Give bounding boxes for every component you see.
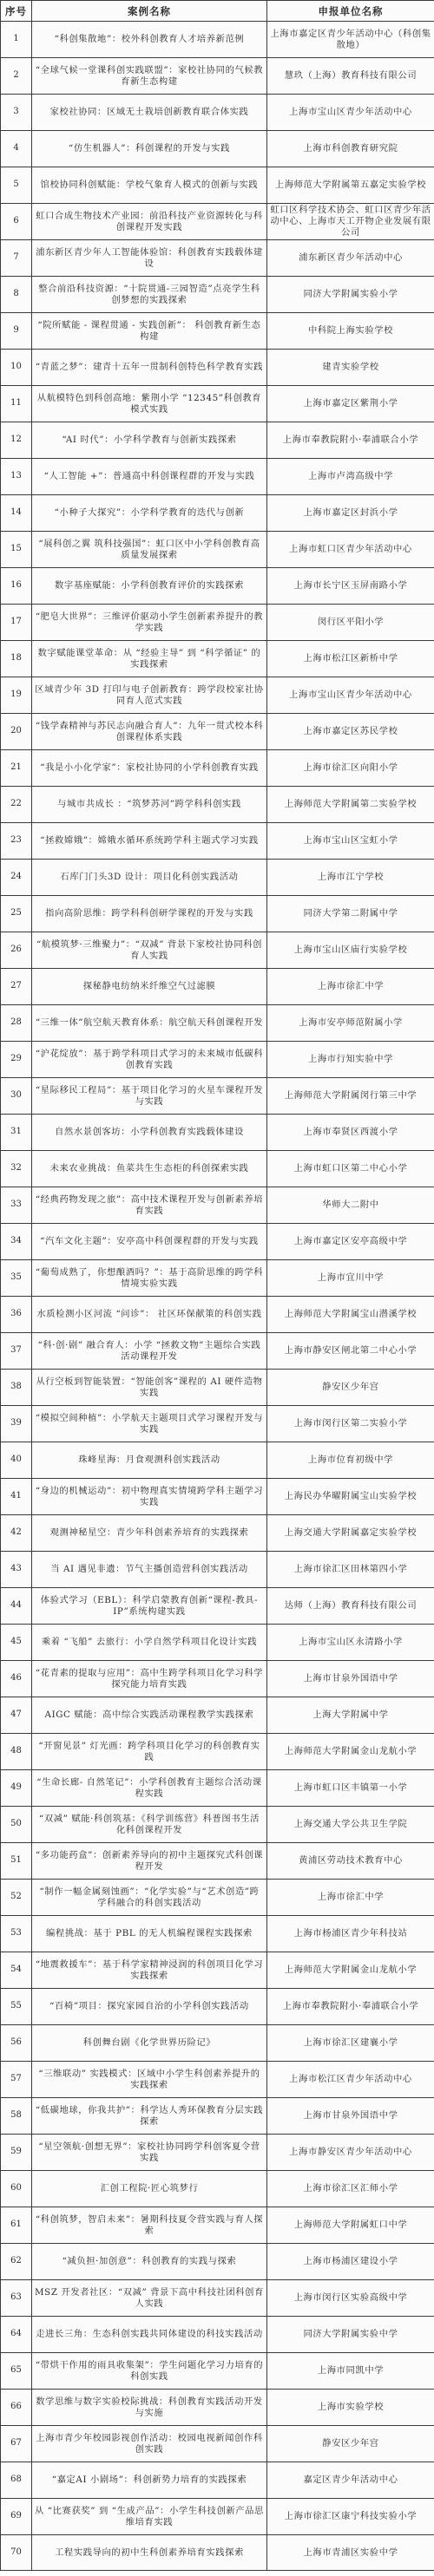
table-row: 27探秘静电纺纳米纤维空气过滤膜上海市徐汇中学	[1, 969, 434, 1005]
serial-number-cell: 54	[1, 1952, 32, 1989]
serial-number-cell: 33	[1, 1187, 32, 1224]
case-name-cell: “星际移民工程局”：基于项目化学习的火星车课程开发与实践	[32, 1078, 267, 1115]
table-row: 37“科·创·剧” 融合育人：小学 “拯救文物”主题综合实践活动课程开发上海市静…	[1, 1333, 434, 1370]
table-row: 26“航模筑梦·三维聚力”：“双减” 背景下家校社协同科创育人实践上海市宝山区庙…	[1, 932, 434, 969]
case-name-cell: “身边的机械运动”：初中物理真实情境跨学科主题学习实践	[32, 1479, 267, 1515]
applicant-unit-cell: 上海市闵行区第二实验小学	[267, 1406, 434, 1442]
serial-number-cell: 57	[1, 2062, 32, 2098]
serial-number-cell: 61	[1, 2207, 32, 2244]
serial-number-cell: 17	[1, 605, 32, 641]
case-name-cell: 数学思维与数字实验校际挑战：科创教育实践活动开发与实施	[32, 2390, 267, 2426]
applicant-unit-cell: 上海市宝山区青少年活动中心	[267, 95, 434, 131]
applicant-unit-cell: 上海师范大学附属第五嘉定实验学校	[267, 167, 434, 204]
case-name-cell: “我是小小化学家”：家校社协同的小学科创教育实践	[32, 750, 267, 787]
applicant-unit-cell: 虹口区科学技术协会、虹口区青少年活动中心、上海市天工开物企业发展有限公司	[267, 204, 434, 240]
serial-number-cell: 38	[1, 1370, 32, 1406]
case-name-cell: “生命长廊- 自然笔记”：小学科创教育主题综合活动课程实践	[32, 1770, 267, 1807]
serial-number-cell: 45	[1, 1625, 32, 1661]
applicant-unit-cell: 同济大学附属实验小学	[267, 277, 434, 313]
table-row: 48“开窗见景” 灯光画：跨学科项目化学习的科创教育实践上海师范大学附属金山龙航…	[1, 1734, 434, 1770]
table-row: 6虹口合成生物技术产业园：前沿科技产业资源转化与科创课程开发实践虹口区科学技术协…	[1, 204, 434, 240]
serial-number-cell: 35	[1, 1260, 32, 1297]
table-row: 51“多功能药盒”：创新素养导向的初中主题探究式科创课程开发黄浦区劳动技术教育中…	[1, 1843, 434, 1880]
table-row: 61“科创筑梦，智启未来”：暑期科技夏令营实践与育人探索上海师范大学附属虹口中学	[1, 2207, 434, 2244]
applicant-unit-cell: 上海市静安区闸北第二中心小学	[267, 1333, 434, 1370]
serial-number-cell: 40	[1, 1442, 32, 1479]
table-row: 55“百椅”项目：探究家园自治的小学科创实践活动上海市奉教院附小·奉浦联合小学	[1, 1989, 434, 2025]
table-row: 25指向高阶思维：跨学科科创研学课程的开发与实践同济大学第二附属中学	[1, 896, 434, 932]
table-row: 41“身边的机械运动”：初中物理真实情境跨学科主题学习实践上海民办华曜附属宝山实…	[1, 1479, 434, 1515]
applicant-unit-cell: 上海市徐汇区向阳小学	[267, 750, 434, 787]
applicant-unit-cell: 同济大学第二附属中学	[267, 896, 434, 932]
case-name-cell: “科创筑梦，智启未来”：暑期科技夏令营实践与育人探索	[32, 2207, 267, 2244]
table-row: 14“小种子大探究”：小学科学教育的迭代与创新上海市嘉定区封浜小学	[1, 495, 434, 532]
case-name-cell: 从行空板到智能装置：“智能创客”课程的 AI 硬件造物实践	[32, 1370, 267, 1406]
table-row: 12“AI 时代”：小学科学教育与创新实践探索上海市奉教院附小·奉浦联合小学	[1, 422, 434, 459]
applicant-unit-cell: 上海市松江区新桥中学	[267, 641, 434, 677]
serial-number-cell: 55	[1, 1989, 32, 2025]
table-row: 22与城市共成长 ：“筑梦苏河”跨学科科创实践上海师范大学附属第二实验学校	[1, 787, 434, 823]
serial-number-cell: 25	[1, 896, 32, 932]
case-name-cell: 上海市青少年校园影视创作活动：校园电视新闻创作科创实践	[32, 2426, 267, 2462]
case-name-cell: “带烘干作用的雨具收集架”：学生问题化学习力培育的科创实践	[32, 2353, 267, 2390]
applicant-unit-cell: 静安区少年宫	[267, 2426, 434, 2462]
applicant-unit-cell: 华师大二附中	[267, 1187, 434, 1224]
applicant-unit-cell: 上海市徐汇中学	[267, 1880, 434, 1916]
applicant-unit-cell: 同济大学附属实验中学	[267, 2317, 434, 2353]
applicant-unit-cell: 上海市徐汇区汇师小学	[267, 2171, 434, 2207]
table-row: 42观测神秘星空：青少年科创素养培育的实践探索上海交通大学附属嘉定实验学校	[1, 1515, 434, 1552]
serial-number-cell: 7	[1, 240, 32, 277]
applicant-unit-cell: 上海市虹口区第二中心小学	[267, 1151, 434, 1187]
applicant-unit-cell: 上海市徐汇区田林第四小学	[267, 1552, 434, 1588]
table-row: 24石库门门头3D 设计：项目化科创实践活动上海市江宁学校	[1, 860, 434, 896]
applicant-unit-cell: 上海市虹口区丰镇第一小学	[267, 1770, 434, 1807]
applicant-unit-cell: 上海市奉教院附小·奉浦联合小学	[267, 1989, 434, 2025]
serial-number-cell: 62	[1, 2244, 32, 2280]
serial-number-cell: 4	[1, 131, 32, 167]
case-name-cell: “青蓝之梦”：建青十五年一贯制科创特色科学教育实践	[32, 350, 267, 386]
applicant-unit-cell: 上海市嘉定区紫荆小学	[267, 386, 434, 422]
case-name-cell: 未来农业挑战：鱼菜共生生态柜的科创探索实践	[32, 1151, 267, 1187]
applicant-unit-cell: 上海交通大学公共卫生学院	[267, 1807, 434, 1843]
case-name-cell: 走进长三角：生态科创实践共同体建设的科技实践活动	[32, 2317, 267, 2353]
case-name-cell: 馆校协同科创赋能：学校气象育人模式的创新与实践	[32, 167, 267, 204]
case-name-cell: “科·创·剧” 融合育人：小学 “拯救文物”主题综合实践活动课程开发	[32, 1333, 267, 1370]
table-row: 19区域青少年 3D 打印与电子创新教育：跨学段校家社协同育人范式实践上海市宝山…	[1, 677, 434, 714]
case-name-cell: 整合前沿科技资源：“十院贯通-三园智造”点亮学生科创梦想的实践探索	[32, 277, 267, 313]
table-row: 38从行空板到智能装置：“智能创客”课程的 AI 硬件造物实践静安区少年宫	[1, 1370, 434, 1406]
serial-number-cell: 51	[1, 1843, 32, 1880]
case-name-cell: 当 AI 遇见非遗：节气主播创造营科创实践活动	[32, 1552, 267, 1588]
case-name-cell: “汽车文化主题”：安亭高中科创课程群的开发与实践	[32, 1224, 267, 1260]
table-row: 57“三维联动” 实践模式：区域中小学生科创素养提升的实践探索上海市松江区青少年…	[1, 2062, 434, 2098]
applicant-unit-cell: 上海市宝山区宝虹小学	[267, 823, 434, 860]
serial-number-cell: 42	[1, 1515, 32, 1552]
applicant-unit-cell: 达师（上海）教育科技有限公司	[267, 1588, 434, 1625]
table-row: 67上海市青少年校园影视创作活动：校园电视新闻创作科创实践静安区少年宫	[1, 2426, 434, 2462]
applicant-unit-cell: 上海市宝山区庙行实验学校	[267, 932, 434, 969]
case-list-table: 序号 案例名称 申报单位名称 1“科创集散地”：校外科创教育人才培养新范例上海市…	[0, 0, 434, 2571]
applicant-unit-cell: 上海市宝山区永清路小学	[267, 1625, 434, 1661]
table-row: 4“仿生机器人”：科创课程的开发与实践上海市科创教育研究院	[1, 131, 434, 167]
serial-number-cell: 65	[1, 2353, 32, 2390]
table-row: 52“制作一幅金属刻蚀画”：“化学实验”与“艺术创造”跨学科融合的科创实践活动上…	[1, 1880, 434, 1916]
table-row: 28“三维一体”航空航天教育体系：航空航天科创课程开发上海市安亭师范附属小学	[1, 1005, 434, 1042]
table-row: 64走进长三角：生态科创实践共同体建设的科技实践活动同济大学附属实验中学	[1, 2317, 434, 2353]
serial-number-cell: 32	[1, 1151, 32, 1187]
serial-number-cell: 68	[1, 2462, 32, 2499]
case-name-cell: “仿生机器人”：科创课程的开发与实践	[32, 131, 267, 167]
table-row: 65“带烘干作用的雨具收集架”：学生问题化学习力培育的科创实践上海市同凯中学	[1, 2353, 434, 2390]
table-row: 36水质检测小区河流 “问诊”： 社区环保献策的科创实践上海师范大学附属宝山潜溪…	[1, 1297, 434, 1333]
header-row: 序号 案例名称 申报单位名称	[1, 1, 434, 22]
table-row: 31自然水景创客坊：小学科创教育实践载体建设上海市奉贤区西渡小学	[1, 1115, 434, 1151]
case-name-cell: AIGC 赋能：高中综合实践活动课程教学实践探索	[32, 1697, 267, 1734]
table-row: 68“嘉定AI 小剧场”：科创新势力培育的实践探索嘉定区青少年活动中心	[1, 2462, 434, 2499]
serial-number-cell: 28	[1, 1005, 32, 1042]
table-header: 序号 案例名称 申报单位名称	[1, 1, 434, 22]
serial-number-cell: 21	[1, 750, 32, 787]
case-name-cell: “院所赋能 - 课程贯通 - 实践创新”： 科创教育新生态构建	[32, 313, 267, 350]
case-name-cell: “肥皂大世界”：三维评价驱动小学生创新素养提升的教学实践	[32, 605, 267, 641]
applicant-unit-cell: 上海师范大学附属金山龙航小学	[267, 1734, 434, 1770]
serial-number-cell: 22	[1, 787, 32, 823]
case-name-cell: 科创舞台剧《化学世界历险记》	[32, 2025, 267, 2062]
table-row: 33“经典药物发现之旅”：高中技术课程开发与创新素养培育实践华师大二附中	[1, 1187, 434, 1224]
table-row: 18数字赋能课堂革命：从 “经验主导” 到 “科学循证” 的实践探索上海市松江区…	[1, 641, 434, 677]
applicant-unit-cell: 上海市青浦区实验中学	[267, 2535, 434, 2571]
case-name-cell: 编程挑战：基于 PBL 的无人机编程课程实践探索	[32, 1916, 267, 1952]
serial-number-cell: 63	[1, 2280, 32, 2317]
case-name-cell: “双减” 赋能·科创筑基：《科学训练营》科普图书生活化科创课程开发	[32, 1807, 267, 1843]
serial-number-cell: 3	[1, 95, 32, 131]
applicant-unit-cell: 中科院上海实验学校	[267, 313, 434, 350]
applicant-unit-cell: 嘉定区青少年活动中心	[267, 2462, 434, 2499]
applicant-unit-cell: 上海市奉教院附小·奉浦联合小学	[267, 422, 434, 459]
table-row: 34“汽车文化主题”：安亭高中科创课程群的开发与实践上海市嘉定区安亭高级中学	[1, 1224, 434, 1260]
table-row: 53编程挑战：基于 PBL 的无人机编程课程实践探索上海市杨浦区青少年科技站	[1, 1916, 434, 1952]
case-name-cell: “地震救援车”：基于科学家精神浸润的科创项目化学习实践探索	[32, 1952, 267, 1989]
case-name-cell: 数字赋能课堂革命：从 “经验主导” 到 “科学循证” 的实践探索	[32, 641, 267, 677]
applicant-unit-cell: 上海市同凯中学	[267, 2353, 434, 2390]
serial-number-cell: 52	[1, 1880, 32, 1916]
serial-number-cell: 14	[1, 495, 32, 532]
case-name-cell: 探秘静电纺纳米纤维空气过滤膜	[32, 969, 267, 1005]
table-row: 63MSZ 开发者社区：“双减” 背景下高中科技社团科创育人实践上海市闵行区实验…	[1, 2280, 434, 2317]
case-name-cell: 自然水景创客坊：小学科创教育实践载体建设	[32, 1115, 267, 1151]
table-row: 43当 AI 遇见非遗：节气主播创造营科创实践活动上海市徐汇区田林第四小学	[1, 1552, 434, 1588]
table-row: 46“花青素的提取与应用”：高中生跨学科项目化学习科学探究能力培育实践上海市甘泉…	[1, 1661, 434, 1697]
table-row: 62“减负担·加创意”：科创教育的实践与探索上海市杨浦区建设小学	[1, 2244, 434, 2280]
serial-number-cell: 18	[1, 641, 32, 677]
applicant-unit-cell: 上海市长宁区玉屏南路小学	[267, 568, 434, 605]
serial-number-cell: 27	[1, 969, 32, 1005]
case-name-cell: 浦东新区青少年人工智能体验馆：科创教育实践载体建设	[32, 240, 267, 277]
table-row: 16数字基座赋能：小学科创教育评价的实践探索上海市长宁区玉屏南路小学	[1, 568, 434, 605]
serial-number-cell: 56	[1, 2025, 32, 2062]
header-applicant-unit: 申报单位名称	[267, 1, 434, 22]
table-row: 44体验式学习（EBL）：科学启蒙教育创新“课程-教具-IP”系统构建实践达师（…	[1, 1588, 434, 1625]
case-name-cell: 指向高阶思维：跨学科科创研学课程的开发与实践	[32, 896, 267, 932]
case-name-cell: 珠峰星海：月食观测科创实践活动	[32, 1442, 267, 1479]
table-row: 21“我是小小化学家”：家校社协同的小学科创教育实践上海市徐汇区向阳小学	[1, 750, 434, 787]
serial-number-cell: 59	[1, 2135, 32, 2171]
applicant-unit-cell: 上海市卢湾高级中学	[267, 459, 434, 495]
case-name-cell: “小种子大探究”：小学科学教育的迭代与创新	[32, 495, 267, 532]
case-name-cell: “制作一幅金属刻蚀画”：“化学实验”与“艺术创造”跨学科融合的科创实践活动	[32, 1880, 267, 1916]
case-name-cell: 从航模特色到科创高地：紫荆小学 “12345”科创教育模式实践	[32, 386, 267, 422]
applicant-unit-cell: 上海市嘉定区封浜小学	[267, 495, 434, 532]
serial-number-cell: 47	[1, 1697, 32, 1734]
applicant-unit-cell: 上海市安亭师范附属小学	[267, 1005, 434, 1042]
table-row: 54“地震救援车”：基于科学家精神浸润的科创项目化学习实践探索上海师范大学附属金…	[1, 1952, 434, 1989]
serial-number-cell: 2	[1, 58, 32, 95]
applicant-unit-cell: 上海民办华曜附属宝山实验学校	[267, 1479, 434, 1515]
serial-number-cell: 43	[1, 1552, 32, 1588]
table-row: 3家校社协同：区域无土栽培创新教育联合体实践上海市宝山区青少年活动中心	[1, 95, 434, 131]
case-name-cell: “人工智能 +”：普通高中科创课程群的开发与实践	[32, 459, 267, 495]
case-name-cell: MSZ 开发者社区：“双减” 背景下高中科技社团科创育人实践	[32, 2280, 267, 2317]
applicant-unit-cell: 上海市虹口区青少年活动中心	[267, 532, 434, 568]
serial-number-cell: 23	[1, 823, 32, 860]
applicant-unit-cell: 上海市行知实验中学	[267, 1042, 434, 1078]
applicant-unit-cell: 慧玖（上海）教育科技有限公司	[267, 58, 434, 95]
table-row: 47AIGC 赋能：高中综合实践活动课程教学实践探索上海大学附属中学	[1, 1697, 434, 1734]
table-row: 49“生命长廊- 自然笔记”：小学科创教育主题综合活动课程实践上海市虹口区丰镇第…	[1, 1770, 434, 1807]
case-name-cell: 水质检测小区河流 “问诊”： 社区环保献策的科创实践	[32, 1297, 267, 1333]
case-name-cell: “三维一体”航空航天教育体系：航空航天科创课程开发	[32, 1005, 267, 1042]
serial-number-cell: 1	[1, 22, 32, 58]
case-name-cell: “三维联动” 实践模式：区域中小学生科创素养提升的实践探索	[32, 2062, 267, 2098]
table-row: 69从 “比赛获奖” 到 “生成产品”：小学生科技创新产品思维培育实践上海市徐汇…	[1, 2499, 434, 2535]
applicant-unit-cell: 上海市实验学校	[267, 2390, 434, 2426]
case-name-cell: “花青素的提取与应用”：高中生跨学科项目化学习科学探究能力培育实践	[32, 1661, 267, 1697]
case-name-cell: 区域青少年 3D 打印与电子创新教育：跨学段校家社协同育人范式实践	[32, 677, 267, 714]
table-row: 5馆校协同科创赋能：学校气象育人模式的创新与实践上海师范大学附属第五嘉定实验学校	[1, 167, 434, 204]
applicant-unit-cell: 上海市闵行区实验高级中学	[267, 2280, 434, 2317]
table-row: 8整合前沿科技资源：“十院贯通-三园智造”点亮学生科创梦想的实践探索同济大学附属…	[1, 277, 434, 313]
table-row: 45乘着 “飞船” 去旅行：小学自然学科项目化设计实践上海市宝山区永清路小学	[1, 1625, 434, 1661]
case-name-cell: “减负担·加创意”：科创教育的实践与探索	[32, 2244, 267, 2280]
serial-number-cell: 48	[1, 1734, 32, 1770]
header-case-name: 案例名称	[32, 1, 267, 22]
header-serial-number: 序号	[1, 1, 32, 22]
applicant-unit-cell: 上海市杨浦区建设小学	[267, 2244, 434, 2280]
serial-number-cell: 24	[1, 860, 32, 896]
serial-number-cell: 29	[1, 1042, 32, 1078]
table-row: 30“星际移民工程局”：基于项目化学习的火星车课程开发与实践上海师范大学附属闵行…	[1, 1078, 434, 1115]
serial-number-cell: 11	[1, 386, 32, 422]
applicant-unit-cell: 上海市嘉定区青少年活动中心（科创集散地）	[267, 22, 434, 58]
applicant-unit-cell: 上海市徐汇区建襄小学	[267, 2025, 434, 2062]
serial-number-cell: 5	[1, 167, 32, 204]
case-name-cell: 与城市共成长 ：“筑梦苏河”跨学科科创实践	[32, 787, 267, 823]
table-row: 59“星空领航·创想无界”：家校社协同跨学科创客夏令营实践上海市静安区青少年活动…	[1, 2135, 434, 2171]
case-name-cell: “开窗见景” 灯光画：跨学科项目化学习的科创教育实践	[32, 1734, 267, 1770]
case-name-cell: “星空领航·创想无界”：家校社协同跨学科创客夏令营实践	[32, 2135, 267, 2171]
case-name-cell: “沪花绽放”：基于跨学科项目式学习的未来城市低碳科创教育实践	[32, 1042, 267, 1078]
serial-number-cell: 70	[1, 2535, 32, 2571]
applicant-unit-cell: 上海师范大学附属虹口中学	[267, 2207, 434, 2244]
applicant-unit-cell: 上海市科创教育研究院	[267, 131, 434, 167]
case-name-cell: “展科创之翼 筑科技强国”：虹口区中小学科创教育高质量发展探索	[32, 532, 267, 568]
serial-number-cell: 58	[1, 2098, 32, 2135]
table-row: 29“沪花绽放”：基于跨学科项目式学习的未来城市低碳科创教育实践上海市行知实验中…	[1, 1042, 434, 1078]
applicant-unit-cell: 建青实验学校	[267, 350, 434, 386]
applicant-unit-cell: 上海师范大学附属宝山潜溪学校	[267, 1297, 434, 1333]
applicant-unit-cell: 黄浦区劳动技术教育中心	[267, 1843, 434, 1880]
table-row: 2“全球气候一堂课科创实践联盟”：家校社协同的气候教育新生态构建慧玖（上海）教育…	[1, 58, 434, 95]
table-row: 50“双减” 赋能·科创筑基：《科学训练营》科普图书生活化科创课程开发上海交通大…	[1, 1807, 434, 1843]
table-row: 66数学思维与数字实验校际挑战：科创教育实践活动开发与实施上海市实验学校	[1, 2390, 434, 2426]
serial-number-cell: 31	[1, 1115, 32, 1151]
case-name-cell: “全球气候一堂课科创实践联盟”：家校社协同的气候教育新生态构建	[32, 58, 267, 95]
applicant-unit-cell: 上海市奉贤区西渡小学	[267, 1115, 434, 1151]
serial-number-cell: 10	[1, 350, 32, 386]
serial-number-cell: 16	[1, 568, 32, 605]
applicant-unit-cell: 上海市甘泉外国语中学	[267, 1661, 434, 1697]
case-name-cell: 石库门门头3D 设计：项目化科创实践活动	[32, 860, 267, 896]
serial-number-cell: 53	[1, 1916, 32, 1952]
applicant-unit-cell: 上海市宜川中学	[267, 1260, 434, 1297]
serial-number-cell: 12	[1, 422, 32, 459]
case-name-cell: 汇创工程院·匠心筑梦行	[32, 2171, 267, 2207]
table-row: 9“院所赋能 - 课程贯通 - 实践创新”： 科创教育新生态构建中科院上海实验学…	[1, 313, 434, 350]
table-row: 1“科创集散地”：校外科创教育人才培养新范例上海市嘉定区青少年活动中心（科创集散…	[1, 22, 434, 58]
applicant-unit-cell: 上海市江宁学校	[267, 860, 434, 896]
case-name-cell: “葡萄成熟了，你想酿酒吗？”：基于高阶思维的跨学科情境实验实践	[32, 1260, 267, 1297]
serial-number-cell: 9	[1, 313, 32, 350]
serial-number-cell: 30	[1, 1078, 32, 1115]
table-row: 56科创舞台剧《化学世界历险记》上海市徐汇区建襄小学	[1, 2025, 434, 2062]
case-name-cell: 工程实践导向的初中生科创素养培育实践探索	[32, 2535, 267, 2571]
applicant-unit-cell: 上海市嘉定区苏民学校	[267, 714, 434, 750]
serial-number-cell: 67	[1, 2426, 32, 2462]
applicant-unit-cell: 上海师范大学附属闵行第三中学	[267, 1078, 434, 1115]
case-name-cell: 家校社协同：区域无土栽培创新教育联合体实践	[32, 95, 267, 131]
serial-number-cell: 13	[1, 459, 32, 495]
table-row: 70工程实践导向的初中生科创素养培育实践探索上海市青浦区实验中学	[1, 2535, 434, 2571]
case-name-cell: “百椅”项目：探究家园自治的小学科创实践活动	[32, 1989, 267, 2025]
serial-number-cell: 50	[1, 1807, 32, 1843]
applicant-unit-cell: 上海市徐汇中学	[267, 969, 434, 1005]
table-row: 10“青蓝之梦”：建青十五年一贯制科创特色科学教育实践建青实验学校	[1, 350, 434, 386]
applicant-unit-cell: 上海师范大学附属第二实验学校	[267, 787, 434, 823]
case-name-cell: 观测神秘星空：青少年科创素养培育的实践探索	[32, 1515, 267, 1552]
serial-number-cell: 41	[1, 1479, 32, 1515]
applicant-unit-cell: 上海市嘉定区安亭高级中学	[267, 1224, 434, 1260]
serial-number-cell: 36	[1, 1297, 32, 1333]
table-row: 23“拯救嫦娥”：嫦娥水循环系统跨学科主题式学习实践上海市宝山区宝虹小学	[1, 823, 434, 860]
serial-number-cell: 15	[1, 532, 32, 568]
applicant-unit-cell: 上海师范大学附属金山龙航小学	[267, 1952, 434, 1989]
applicant-unit-cell: 闵行区平阳小学	[267, 605, 434, 641]
serial-number-cell: 60	[1, 2171, 32, 2207]
serial-number-cell: 6	[1, 204, 32, 240]
case-name-cell: “钱学森精神与苏民志向融合育人”：九年一贯式校本科创课程体系实践	[32, 714, 267, 750]
table-row: 58“低碳地球，你我共护”：科学达人秀环保教育分层实践探索上海市甘泉外国语中学	[1, 2098, 434, 2135]
case-name-cell: “模拟空间种植”：小学航天主题项目式学习课程开发与实践	[32, 1406, 267, 1442]
serial-number-cell: 44	[1, 1588, 32, 1625]
applicant-unit-cell: 上海交通大学附属嘉定实验学校	[267, 1515, 434, 1552]
serial-number-cell: 34	[1, 1224, 32, 1260]
case-name-cell: “嘉定AI 小剧场”：科创新势力培育的实践探索	[32, 2462, 267, 2499]
table-row: 17“肥皂大世界”：三维评价驱动小学生创新素养提升的教学实践闵行区平阳小学	[1, 605, 434, 641]
applicant-unit-cell: 浦东新区青少年活动中心	[267, 240, 434, 277]
table-body: 1“科创集散地”：校外科创教育人才培养新范例上海市嘉定区青少年活动中心（科创集散…	[1, 22, 434, 2571]
table-row: 20“钱学森精神与苏民志向融合育人”：九年一贯式校本科创课程体系实践上海市嘉定区…	[1, 714, 434, 750]
table-row: 39“模拟空间种植”：小学航天主题项目式学习课程开发与实践上海市闵行区第二实验小…	[1, 1406, 434, 1442]
case-name-cell: 乘着 “飞船” 去旅行：小学自然学科项目化设计实践	[32, 1625, 267, 1661]
applicant-unit-cell: 上海市位育初级中学	[267, 1442, 434, 1479]
case-name-cell: “航模筑梦·三维聚力”：“双减” 背景下家校社协同科创育人实践	[32, 932, 267, 969]
serial-number-cell: 20	[1, 714, 32, 750]
applicant-unit-cell: 静安区少年宫	[267, 1370, 434, 1406]
table-row: 15“展科创之翼 筑科技强国”：虹口区中小学科创教育高质量发展探索上海市虹口区青…	[1, 532, 434, 568]
table-row: 11从航模特色到科创高地：紫荆小学 “12345”科创教育模式实践上海市嘉定区紫…	[1, 386, 434, 422]
applicant-unit-cell: 上海市甘泉外国语中学	[267, 2098, 434, 2135]
serial-number-cell: 37	[1, 1333, 32, 1370]
serial-number-cell: 8	[1, 277, 32, 313]
applicant-unit-cell: 上海市徐汇区康宁科技实验小学	[267, 2499, 434, 2535]
table-row: 32未来农业挑战：鱼菜共生生态柜的科创探索实践上海市虹口区第二中心小学	[1, 1151, 434, 1187]
serial-number-cell: 26	[1, 932, 32, 969]
serial-number-cell: 49	[1, 1770, 32, 1807]
applicant-unit-cell: 上海市松江区青少年活动中心	[267, 2062, 434, 2098]
applicant-unit-cell: 上海市宝山区青少年活动中心	[267, 677, 434, 714]
serial-number-cell: 66	[1, 2390, 32, 2426]
table-row: 7浦东新区青少年人工智能体验馆：科创教育实践载体建设浦东新区青少年活动中心	[1, 240, 434, 277]
serial-number-cell: 39	[1, 1406, 32, 1442]
case-name-cell: “AI 时代”：小学科学教育与创新实践探索	[32, 422, 267, 459]
case-name-cell: “经典药物发现之旅”：高中技术课程开发与创新素养培育实践	[32, 1187, 267, 1224]
serial-number-cell: 19	[1, 677, 32, 714]
case-name-cell: “多功能药盒”：创新素养导向的初中主题探究式科创课程开发	[32, 1843, 267, 1880]
case-name-cell: “低碳地球，你我共护”：科学达人秀环保教育分层实践探索	[32, 2098, 267, 2135]
table-row: 60汇创工程院·匠心筑梦行上海市徐汇区汇师小学	[1, 2171, 434, 2207]
applicant-unit-cell: 上海市杨浦区青少年科技站	[267, 1916, 434, 1952]
serial-number-cell: 46	[1, 1661, 32, 1697]
case-name-cell: “科创集散地”：校外科创教育人才培养新范例	[32, 22, 267, 58]
table-row: 35“葡萄成熟了，你想酿酒吗？”：基于高阶思维的跨学科情境实验实践上海市宜川中学	[1, 1260, 434, 1297]
serial-number-cell: 69	[1, 2499, 32, 2535]
table-row: 40珠峰星海：月食观测科创实践活动上海市位育初级中学	[1, 1442, 434, 1479]
applicant-unit-cell: 上海大学附属中学	[267, 1697, 434, 1734]
case-name-cell: 虹口合成生物技术产业园：前沿科技产业资源转化与科创课程开发实践	[32, 204, 267, 240]
case-name-cell: 体验式学习（EBL）：科学启蒙教育创新“课程-教具-IP”系统构建实践	[32, 1588, 267, 1625]
case-name-cell: 从 “比赛获奖” 到 “生成产品”：小学生科技创新产品思维培育实践	[32, 2499, 267, 2535]
serial-number-cell: 64	[1, 2317, 32, 2353]
applicant-unit-cell: 上海市静安区青少年活动中心	[267, 2135, 434, 2171]
case-name-cell: “拯救嫦娥”：嫦娥水循环系统跨学科主题式学习实践	[32, 823, 267, 860]
table-row: 13“人工智能 +”：普通高中科创课程群的开发与实践上海市卢湾高级中学	[1, 459, 434, 495]
case-name-cell: 数字基座赋能：小学科创教育评价的实践探索	[32, 568, 267, 605]
